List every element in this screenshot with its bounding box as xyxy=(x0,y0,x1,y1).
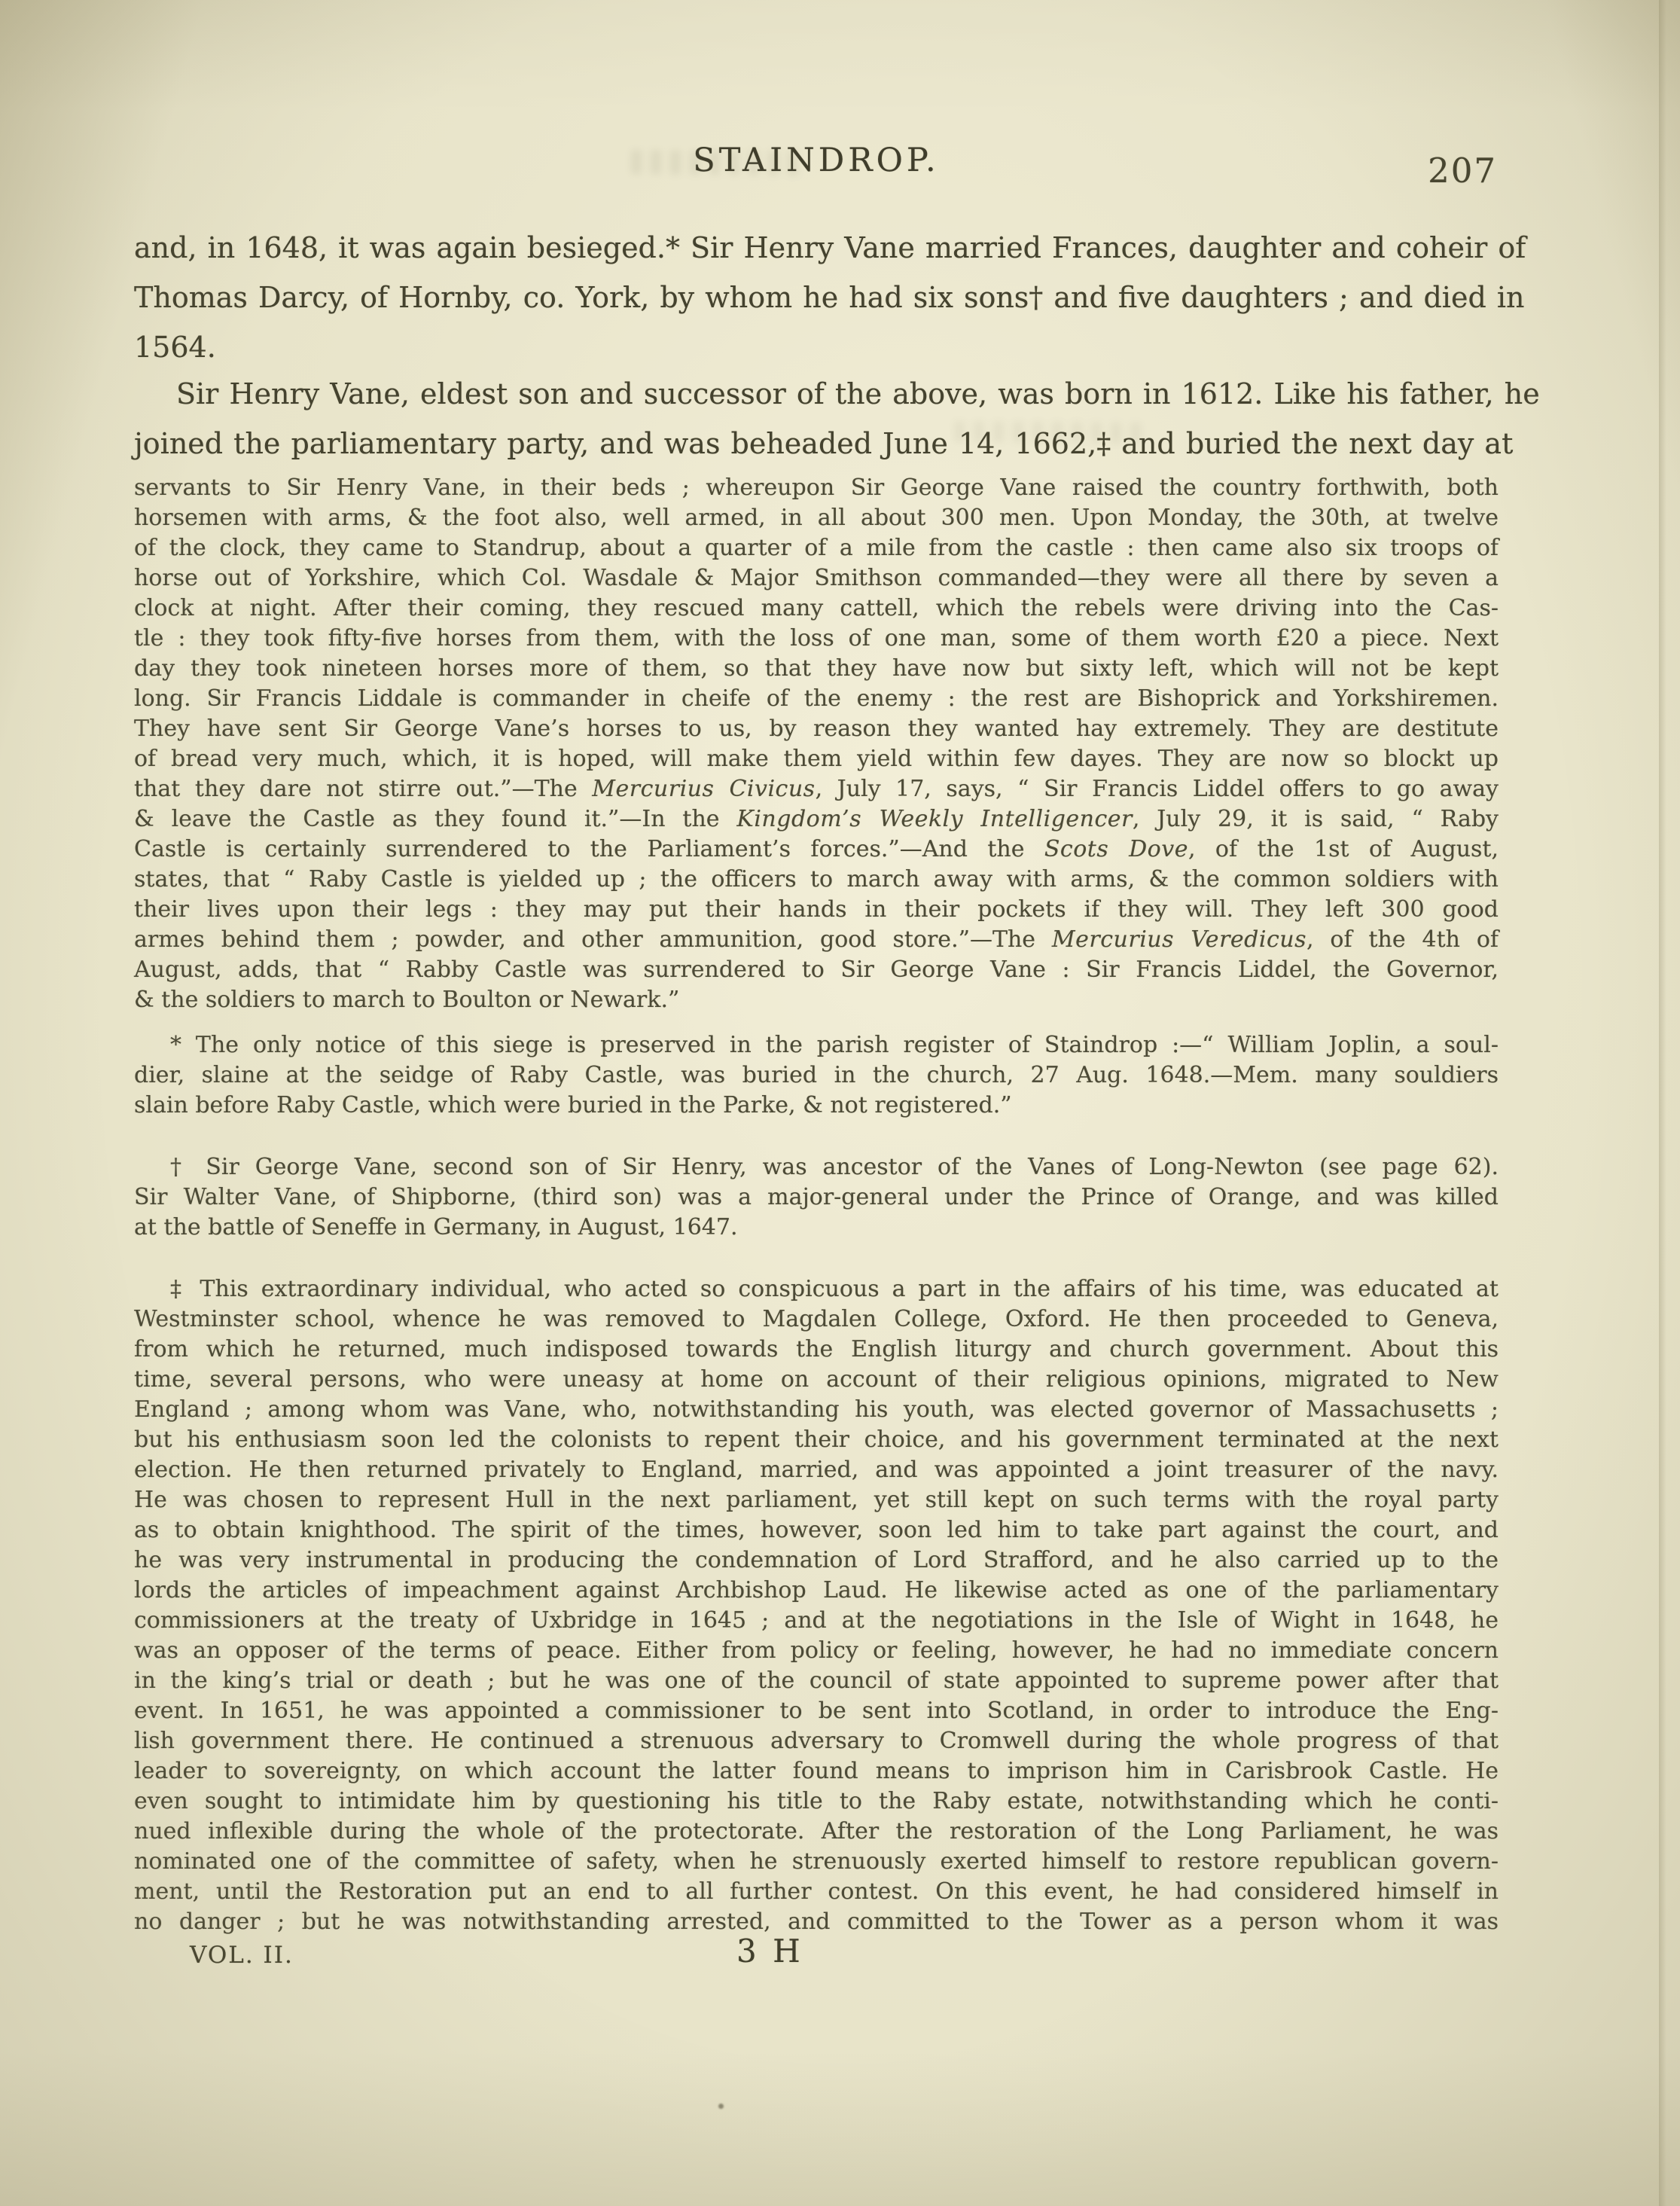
text-line: ‡ This extraordinary individual, who act… xyxy=(134,1274,1499,1304)
page-header: STAINDROP. 207 xyxy=(134,142,1499,187)
paper-speck xyxy=(718,2104,724,2109)
page-title: STAINDROP. xyxy=(134,142,1499,179)
text-line: nued inflexible during the whole of the … xyxy=(134,1817,1499,1847)
text-line: of the clock, they came to Standrup, abo… xyxy=(134,533,1499,563)
text-line: servants to Sir Henry Vane, in their bed… xyxy=(134,473,1499,503)
text-line: ment, until the Restoration put an end t… xyxy=(134,1877,1499,1907)
text-line: & the soldiers to march to Boulton or Ne… xyxy=(134,985,1499,1015)
text-line: of bread very much, which, it is hoped, … xyxy=(134,744,1499,774)
main-paragraph-2: Sir Henry Vane, eldest son and successor… xyxy=(134,369,1499,468)
text-line: event. In 1651, he was appointed a commi… xyxy=(134,1696,1499,1726)
text-line: no danger ; but he was notwithstanding a… xyxy=(134,1907,1499,1937)
text-line: in the king’s trial or death ; but he wa… xyxy=(134,1666,1499,1696)
text-line: tle : they took fifty-five horses from t… xyxy=(134,624,1499,654)
volume-label: VOL. II. xyxy=(190,1942,294,1969)
text-line: commissioners at the treaty of Uxbridge … xyxy=(134,1606,1499,1636)
text-line: as to obtain knighthood. The spirit of t… xyxy=(134,1515,1499,1545)
text-line: from which he returned, much indisposed … xyxy=(134,1335,1499,1365)
text-line: election. He then returned privately to … xyxy=(134,1455,1499,1485)
text-line: dier, slaine at the seidge of Raby Castl… xyxy=(134,1060,1499,1091)
text-line: day they took nineteen horses more of th… xyxy=(134,654,1499,684)
text-line: that they dare not stirre out.”—The Merc… xyxy=(134,774,1499,804)
text-line: horsemen with arms, & the foot also, wel… xyxy=(134,503,1499,533)
text-line: and, in 1648, it was again besieged.* Si… xyxy=(134,223,1499,273)
page-footer: VOL. II. 3 H xyxy=(134,1940,1499,1985)
text-line: nominated one of the committee of safety… xyxy=(134,1847,1499,1877)
text-line: August, adds, that “ Rabby Castle was su… xyxy=(134,955,1499,985)
text-line: but his enthusiasm soon led the colonist… xyxy=(134,1425,1499,1455)
text-line: clock at night. After their coming, they… xyxy=(134,593,1499,624)
text-line: their lives upon their legs : they may p… xyxy=(134,895,1499,925)
text-line: * The only notice of this siege is prese… xyxy=(134,1030,1499,1060)
text-line: he was very instrumental in producing th… xyxy=(134,1545,1499,1576)
page-number: 207 xyxy=(1428,151,1497,191)
main-paragraph-1: and, in 1648, it was again besieged.* Si… xyxy=(134,223,1499,372)
siege-account-note: servants to Sir Henry Vane, in their bed… xyxy=(134,473,1499,1015)
text-line: time, several persons, who were uneasy a… xyxy=(134,1365,1499,1395)
text-line: horse out of Yorkshire, which Col. Wasda… xyxy=(134,563,1499,593)
text-line: at the battle of Seneffe in Germany, in … xyxy=(134,1213,1499,1243)
text-line: Westminster school, whence he was remove… xyxy=(134,1304,1499,1335)
footnote-dagger: † Sir George Vane, second son of Sir Hen… xyxy=(134,1152,1499,1243)
text-line: slain before Raby Castle, which were bur… xyxy=(134,1091,1499,1121)
text-line: Sir Henry Vane, eldest son and successor… xyxy=(134,369,1499,419)
footnote-asterisk: * The only notice of this siege is prese… xyxy=(134,1030,1499,1121)
text-line: England ; among whom was Vane, who, notw… xyxy=(134,1395,1499,1425)
text-line: They have sent Sir George Vane’s horses … xyxy=(134,714,1499,744)
text-line: long. Sir Francis Liddale is commander i… xyxy=(134,684,1499,714)
text-line: was an opposer of the terms of peace. Ei… xyxy=(134,1636,1499,1666)
text-line: He was chosen to represent Hull in the n… xyxy=(134,1485,1499,1515)
text-line: 1564. xyxy=(134,322,1499,372)
page-edge-shadow xyxy=(1659,0,1666,2206)
text-line: lish government there. He continued a st… xyxy=(134,1726,1499,1756)
text-line: Sir Walter Vane, of Shipborne, (third so… xyxy=(134,1182,1499,1213)
book-page-scan: STAINDROP. 207 and, in 1648, it was agai… xyxy=(0,0,1680,2206)
text-line: Thomas Darcy, of Hornby, co. York, by wh… xyxy=(134,273,1499,322)
text-line: leader to sovereignty, on which account … xyxy=(134,1756,1499,1786)
text-line: even sought to intimidate him by questio… xyxy=(134,1786,1499,1817)
text-line: † Sir George Vane, second son of Sir Hen… xyxy=(134,1152,1499,1182)
text-line: Castle is certainly surrendered to the P… xyxy=(134,834,1499,865)
signature-mark: 3 H xyxy=(736,1933,803,1970)
text-line: armes behind them ; powder, and other am… xyxy=(134,925,1499,955)
text-line: & leave the Castle as they found it.”—In… xyxy=(134,804,1499,834)
footnote-double-dagger: ‡ This extraordinary individual, who act… xyxy=(134,1274,1499,1937)
text-line: lords the articles of impeachment agains… xyxy=(134,1576,1499,1606)
text-line: states, that “ Raby Castle is yielded up… xyxy=(134,865,1499,895)
text-line: joined the parliamentary party, and was … xyxy=(134,419,1499,468)
